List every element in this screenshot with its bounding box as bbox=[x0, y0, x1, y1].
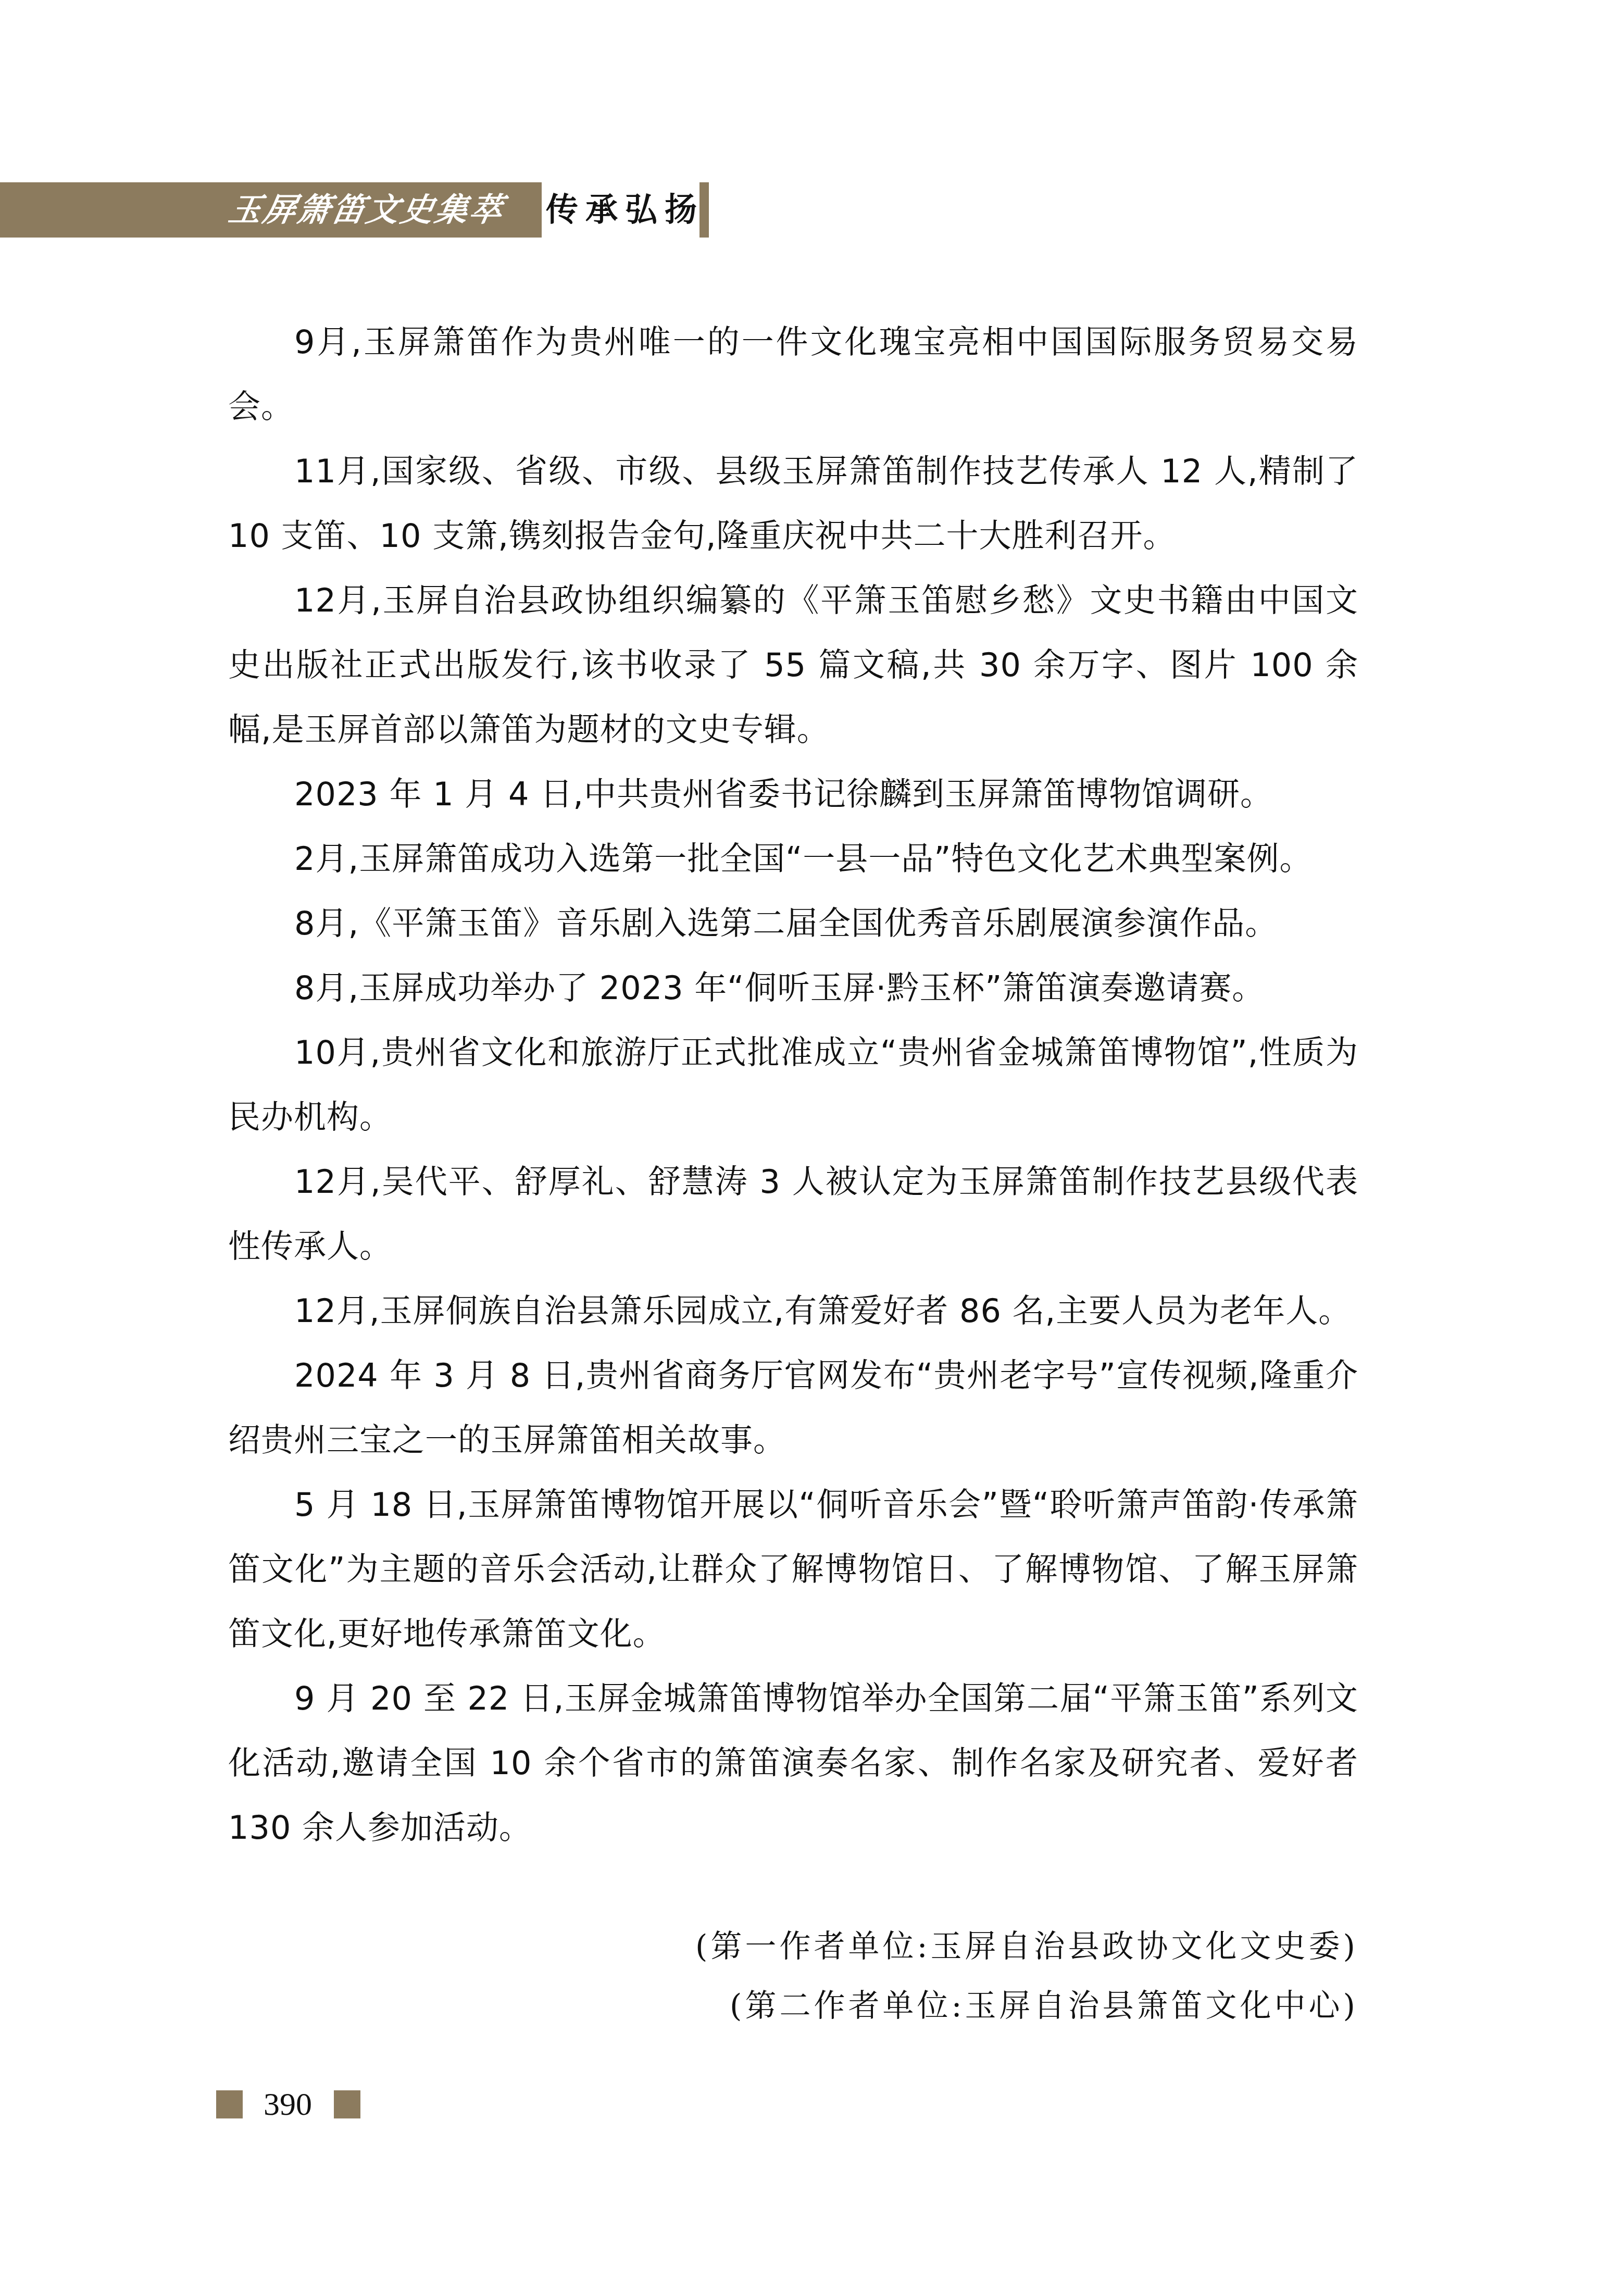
paragraph: 12月,玉屏自治县政协组织编纂的《平箫玉笛慰乡愁》文史书籍由中国文史出版社正式出… bbox=[228, 568, 1358, 762]
paragraph: 5 月 18 日,玉屏箫笛博物馆开展以“侗听音乐会”暨“聆听箫声笛韵·传承箫笛文… bbox=[228, 1473, 1358, 1666]
page-footer: 390 bbox=[216, 2084, 360, 2125]
paragraph: 11月,国家级、省级、市级、县级玉屏箫笛制作技艺传承人 12 人,精制了 10 … bbox=[228, 439, 1358, 568]
article-body: 9月,玉屏箫笛作为贵州唯一的一件文化瑰宝亮相中国国际服务贸易交易会。 11月,国… bbox=[228, 310, 1358, 1860]
page-number: 390 bbox=[264, 2086, 312, 2123]
paragraph: 2023 年 1 月 4 日,中共贵州省委书记徐麟到玉屏箫笛博物馆调研。 bbox=[228, 762, 1358, 827]
series-title: 玉屏箫笛文史集萃 bbox=[224, 182, 509, 238]
author-affiliations: (第一作者单位:玉屏自治县政协文化文史委) (第二作者单位:玉屏自治县箫笛文化中… bbox=[228, 1917, 1358, 2036]
footer-square-right-icon bbox=[334, 2090, 360, 2118]
first-author-affiliation: (第一作者单位:玉屏自治县政协文化文史委) bbox=[228, 1917, 1358, 1976]
footer-square-left-icon bbox=[216, 2090, 243, 2118]
paragraph: 2024 年 3 月 8 日,贵州省商务厅官网发布“贵州老字号”宣传视频,隆重介… bbox=[228, 1343, 1358, 1473]
paragraph: 12月,玉屏侗族自治县箫乐园成立,有箫爱好者 86 名,主要人员为老年人。 bbox=[228, 1279, 1358, 1343]
header-divider-bar bbox=[699, 182, 709, 238]
paragraph: 2月,玉屏箫笛成功入选第一批全国“一县一品”特色文化艺术典型案例。 bbox=[228, 827, 1358, 891]
paragraph: 10月,贵州省文化和旅游厅正式批准成立“贵州省金城箫笛博物馆”,性质为民办机构。 bbox=[228, 1020, 1358, 1150]
paragraph: 8月,玉屏成功举办了 2023 年“侗听玉屏·黔玉杯”箫笛演奏邀请赛。 bbox=[228, 956, 1358, 1020]
paragraph: 9 月 20 至 22 日,玉屏金城箫笛博物馆举办全国第二届“平箫玉笛”系列文化… bbox=[228, 1666, 1358, 1860]
second-author-affiliation: (第二作者单位:玉屏自治县箫笛文化中心) bbox=[228, 1976, 1358, 2036]
section-label: 传承弘扬 bbox=[546, 182, 704, 238]
header-band: 玉屏箫笛文史集萃 bbox=[0, 182, 542, 238]
paragraph: 9月,玉屏箫笛作为贵州唯一的一件文化瑰宝亮相中国国际服务贸易交易会。 bbox=[228, 310, 1358, 439]
paragraph: 8月,《平箫玉笛》音乐剧入选第二届全国优秀音乐剧展演参演作品。 bbox=[228, 891, 1358, 956]
paragraph: 12月,吴代平、舒厚礼、舒慧涛 3 人被认定为玉屏箫笛制作技艺县级代表性传承人。 bbox=[228, 1150, 1358, 1279]
